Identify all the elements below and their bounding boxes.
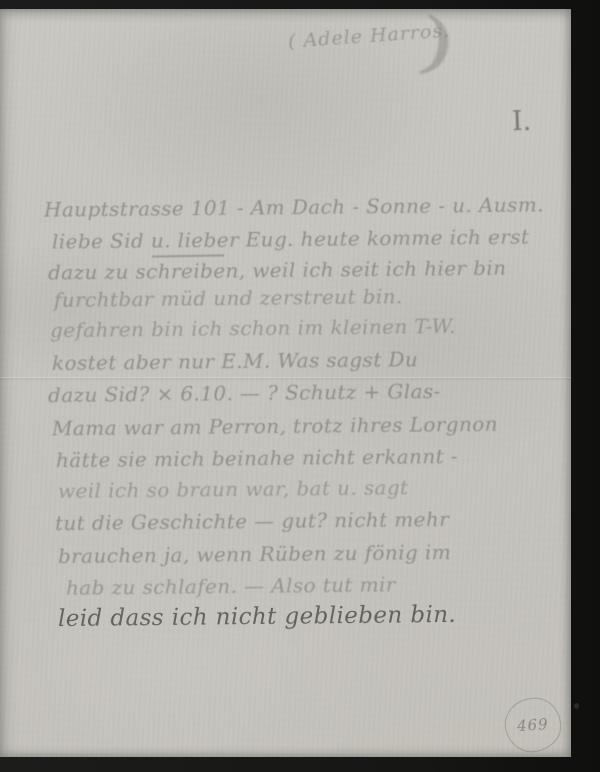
handwriting-line: dazu Sid? × 6.10. — ? Schutz + Glas- — [48, 379, 441, 407]
handwriting-line: weil ich so braun war, bat u. sagt — [58, 475, 409, 503]
handwriting-line: dazu zu schreiben, weil ich seit ich hie… — [48, 256, 507, 285]
handwriting-line: hätte sie mich beinahe nicht erkannt - — [56, 444, 458, 472]
handwriting-line: hab zu schlafen. — Also tut mir — [66, 572, 396, 599]
scanned-letter-page: ( Adele Harros. ) I. Hauptstrasse 101 - … — [0, 0, 600, 772]
page-numeral: I. — [511, 106, 531, 138]
annotation-closing-paren: ) — [412, 2, 462, 84]
handwriting-line: kostet aber nur E.M. Was sagst Du — [52, 347, 418, 375]
handwriting-line: Hauptstrasse 101 - Am Dach - Sonne - u. … — [44, 192, 544, 221]
handwriting-line: furchtbar müd und zerstreut bin. — [54, 284, 403, 312]
letter-paper: ( Adele Harros. ) I. Hauptstrasse 101 - … — [0, 9, 571, 757]
archive-number: 469 — [517, 715, 550, 735]
handwriting-line: gefahren bin ich schon im kleinen T-W. — [50, 314, 456, 342]
underline-stroke — [152, 254, 224, 257]
handwriting-line: Mama war am Perron, trotz ihres Lorgnon — [52, 412, 498, 441]
paper-crease — [0, 377, 571, 380]
handwriting-line: liebe Sid u. lieber Eug. heute komme ich… — [52, 225, 530, 254]
handwriting-line: tut die Geschichte — gut? nicht mehr — [55, 507, 449, 535]
handwriting-line-final: leid dass ich nicht geblieben bin. — [58, 602, 456, 632]
handwriting-line: brauchen ja, wenn Rüben zu fönig im — [58, 540, 451, 568]
scan-artifact-speck — [574, 703, 579, 709]
archive-number-circle: 469 — [502, 694, 565, 755]
